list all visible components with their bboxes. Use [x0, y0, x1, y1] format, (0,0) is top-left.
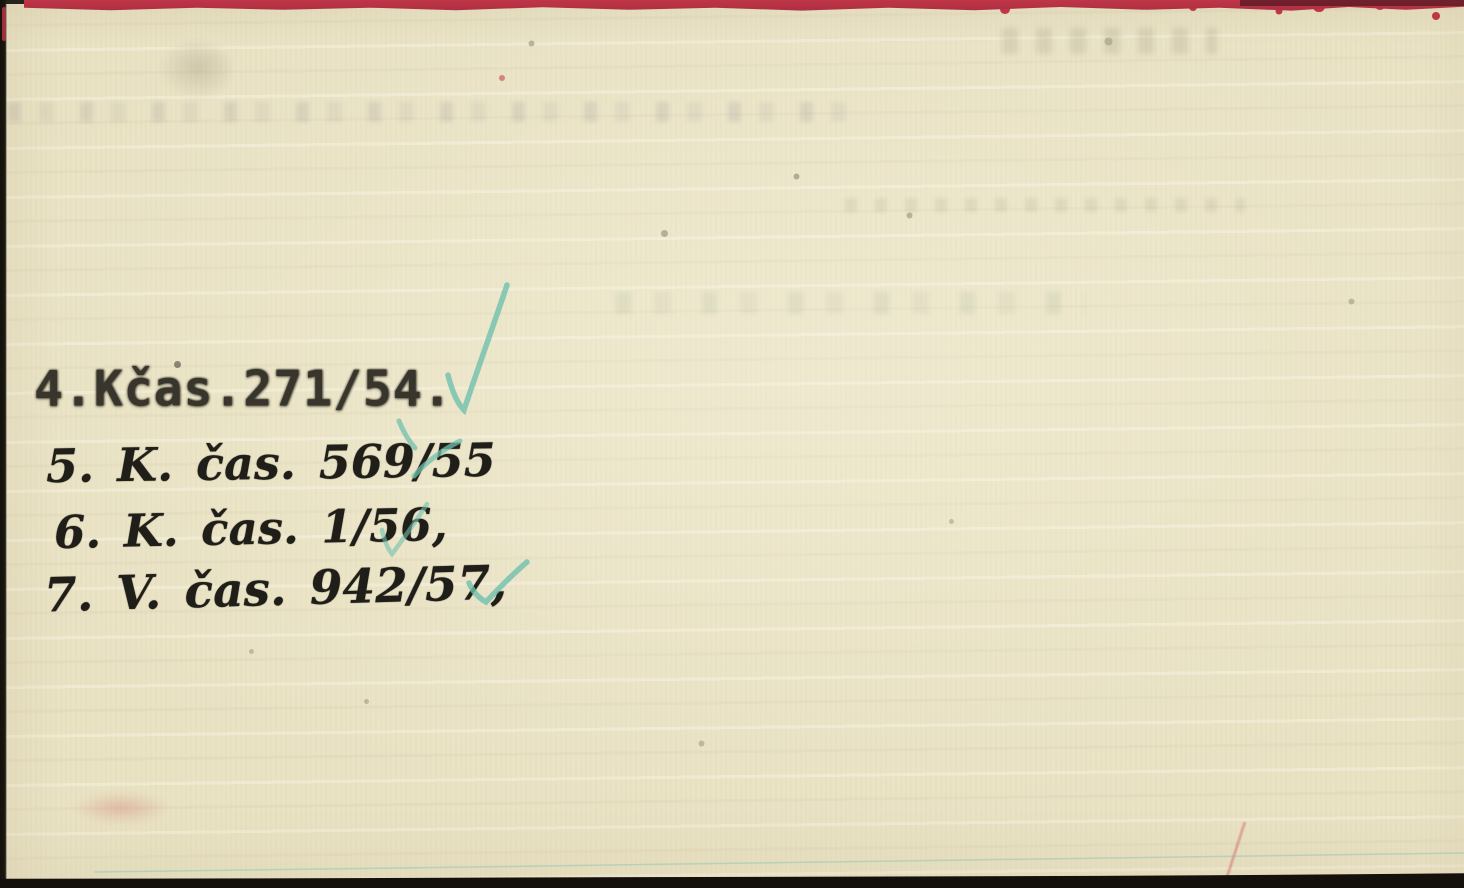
bleed-through-text-ghost [8, 102, 856, 122]
bleed-through-text-ghost [616, 292, 1086, 314]
red-ink-smudge [72, 792, 170, 824]
scan-edge-left [0, 0, 7, 888]
scan-edge-bottom [0, 872, 1464, 888]
case-entry-handwritten: 5. K. čas. 569/55 [46, 437, 496, 489]
bleed-through-text-ghost [1002, 28, 1217, 54]
case-entry-handwritten: 6. K. čas. 1/56, [54, 502, 448, 555]
bleed-through-text-ghost [845, 198, 1245, 212]
red-dyed-left-sliver [2, 7, 6, 41]
ink-smudge [158, 42, 232, 100]
pencil-hairline [95, 853, 1464, 872]
case-entry-handwritten: 7. V. čas. 942/57, [43, 560, 507, 620]
checkmark-icon [448, 285, 507, 410]
archival-index-card: 4.Kčas.271/54. 5. K. čas. 569/55 6. K. č… [0, 0, 1464, 888]
case-entry-typed: 4.Kčas.271/54. [34, 364, 453, 413]
red-dyed-top-edge-dark [1240, 0, 1464, 6]
